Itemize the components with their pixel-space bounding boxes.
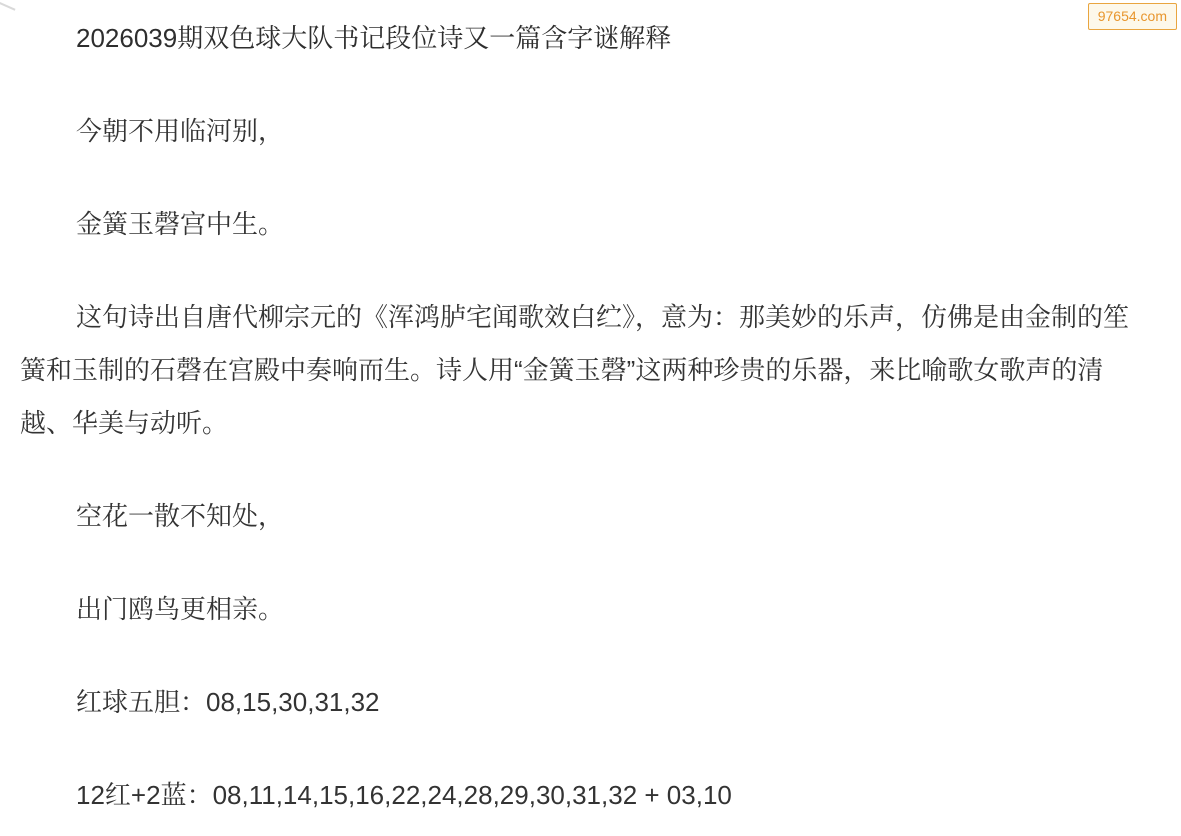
- verse2-line1: 空花一散不知处，: [20, 490, 1137, 543]
- article-content: 2026039期双色球大队书记段位诗又一篇含字谜解释 今朝不用临河别， 金簧玉磬…: [0, 0, 1181, 822]
- verse2-line2: 出门鸥鸟更相亲。: [20, 583, 1137, 636]
- poem-explanation: 这句诗出自唐代柳宗元的《浑鸿胪宅闻歌效白纻》，意为：那美妙的乐声，仿佛是由金制的…: [20, 291, 1137, 450]
- verse1-line1: 今朝不用临河别，: [20, 105, 1137, 158]
- combo-plus-sign: +: [637, 780, 667, 810]
- combo-label: 12红+2蓝：: [76, 780, 213, 810]
- red-dan-numbers: 08,15,30,31,32: [206, 687, 380, 717]
- combo-line: 12红+2蓝：08,11,14,15,16,22,24,28,29,30,31,…: [20, 769, 1137, 822]
- site-watermark-text: 97654.com: [1098, 8, 1167, 24]
- site-watermark-badge: 97654.com: [1088, 3, 1177, 30]
- red-dan-label: 红球五胆：: [76, 687, 206, 717]
- combo-blue-numbers: 03,10: [667, 780, 732, 810]
- verse1-line2: 金簧玉磬宫中生。: [20, 198, 1137, 251]
- article-title: 2026039期双色球大队书记段位诗又一篇含字谜解释: [20, 12, 1137, 65]
- combo-red-numbers: 08,11,14,15,16,22,24,28,29,30,31,32: [213, 780, 638, 810]
- red-dan-line: 红球五胆：08,15,30,31,32: [20, 676, 1137, 729]
